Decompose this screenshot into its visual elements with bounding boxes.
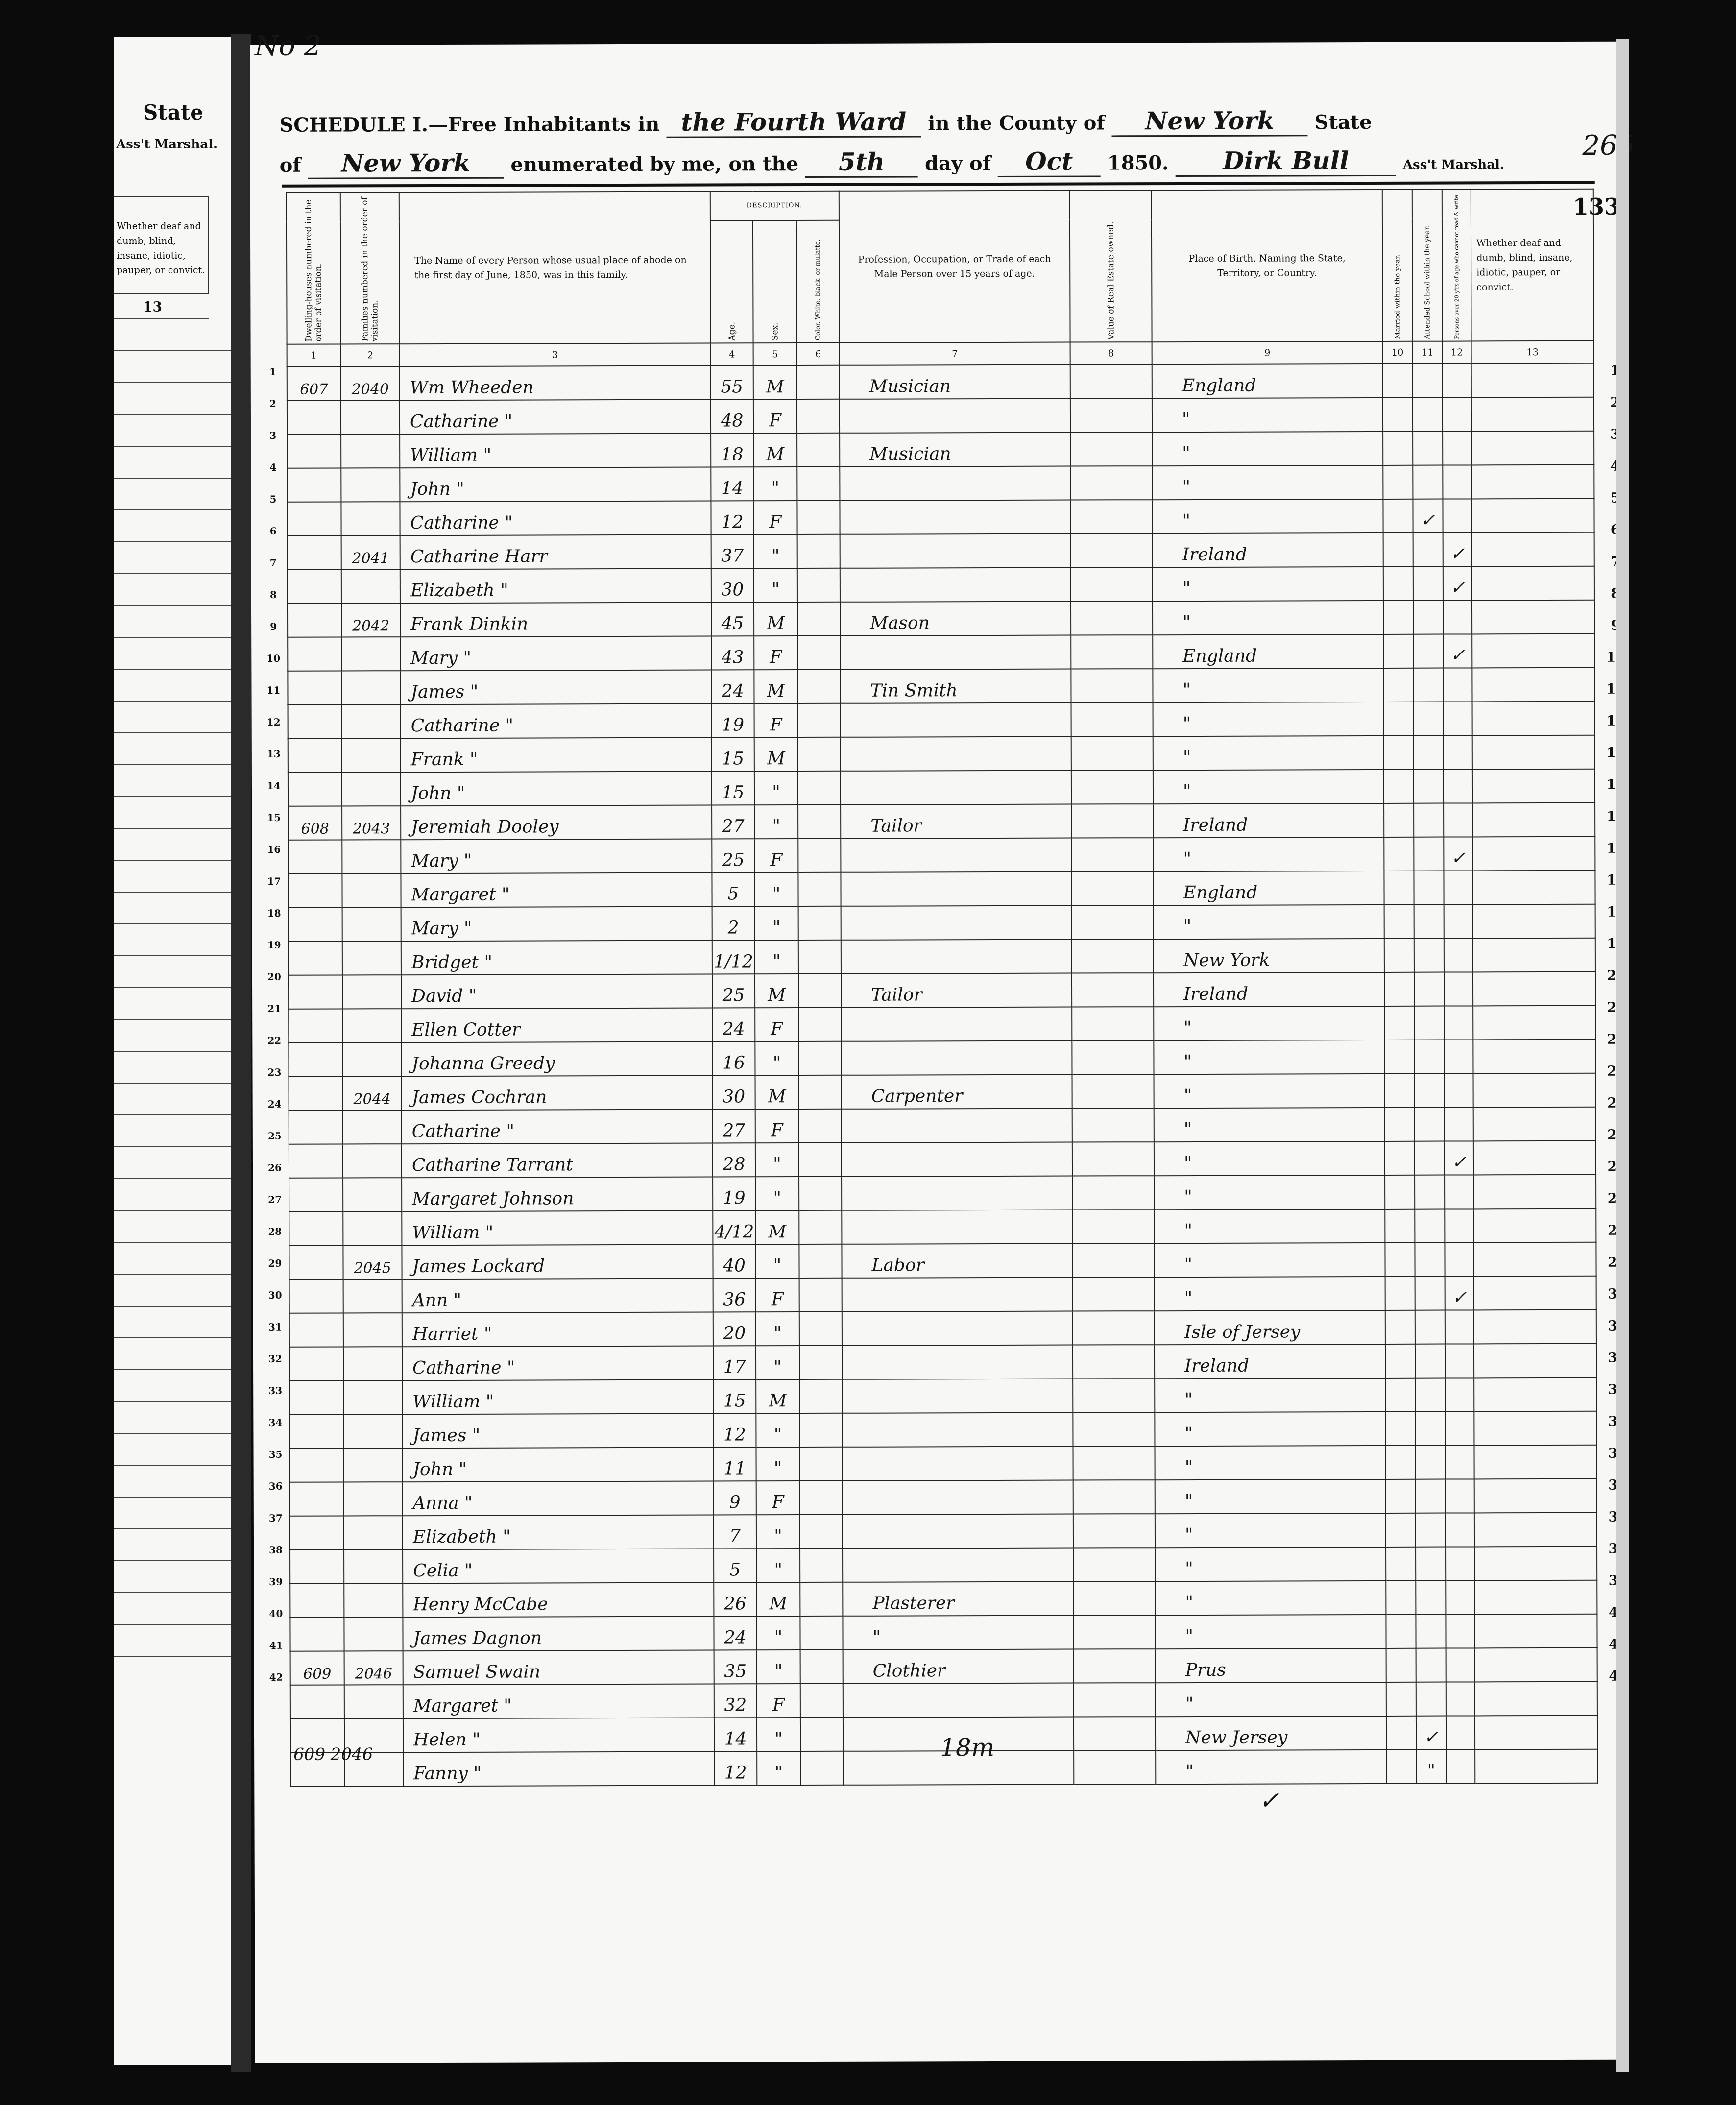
row-number-left: 23	[265, 1066, 284, 1078]
row-number-left: 31	[265, 1321, 285, 1333]
married-cell	[1385, 1209, 1415, 1243]
school-cell: "	[1416, 1750, 1446, 1784]
school-cell	[1414, 1006, 1444, 1040]
left-col13-header: Whether deaf and dumb, blind, insane, id…	[114, 196, 209, 294]
table-row: Catharine "12F"✓	[287, 499, 1594, 536]
illiterate-cell	[1445, 1107, 1473, 1141]
condition-cell	[1471, 397, 1594, 432]
left-strip-rule	[114, 446, 231, 447]
school-cell	[1414, 939, 1444, 972]
sex-cell: "	[753, 467, 797, 501]
name-cell: Mary "	[401, 907, 712, 942]
married-cell	[1385, 1074, 1415, 1108]
family-cell	[341, 400, 400, 434]
dwelling-cell	[289, 1212, 343, 1246]
age-cell: 12	[711, 501, 753, 534]
color-cell	[800, 1751, 843, 1785]
condition-cell	[1474, 1513, 1597, 1547]
real-estate-cell	[1073, 1548, 1155, 1581]
dwelling-cell	[288, 604, 341, 637]
age-cell: 25	[712, 839, 754, 872]
table-row: David "25MTailorIreland	[289, 972, 1595, 1009]
age-cell: 28	[713, 1143, 755, 1177]
name-cell: Catharine "	[400, 501, 711, 536]
name-cell: Margaret "	[401, 873, 712, 908]
married-cell	[1386, 1581, 1416, 1615]
age-cell: 43	[711, 636, 754, 670]
table-row: Elizabeth "30""✓	[288, 566, 1594, 604]
birthplace-cell: "	[1153, 770, 1384, 804]
occupation-cell	[840, 399, 1070, 433]
real-estate-cell	[1070, 500, 1152, 533]
row-number-left: 33	[265, 1385, 285, 1397]
occupation-cell: Musician	[840, 433, 1070, 467]
occupation-cell	[840, 466, 1070, 501]
age-cell: 37	[711, 534, 754, 568]
col-header-school: Attended School within the year.	[1412, 190, 1443, 341]
real-estate-cell	[1074, 1717, 1156, 1750]
condition-cell	[1472, 803, 1595, 837]
real-estate-cell	[1070, 398, 1152, 432]
name-cell: Bridget "	[401, 941, 712, 975]
school-cell	[1416, 1446, 1446, 1479]
illiterate-cell	[1445, 1175, 1473, 1209]
footer-tally-center: 18m	[940, 1733, 994, 1762]
birthplace-cell: New Jersey	[1156, 1716, 1386, 1750]
row-number-left: 37	[266, 1512, 286, 1524]
name-cell: John "	[401, 772, 712, 806]
sex-cell: F	[755, 1008, 798, 1041]
married-cell	[1385, 1277, 1415, 1310]
family-cell	[341, 468, 400, 502]
school-cell	[1416, 1615, 1446, 1648]
age-cell: 11	[713, 1447, 756, 1481]
name-cell: Fanny "	[403, 1752, 714, 1787]
color-cell	[799, 1346, 842, 1379]
birthplace-cell: "	[1156, 1750, 1386, 1784]
color-cell	[797, 399, 840, 433]
left-strip-rule	[114, 605, 231, 606]
family-cell: 2043	[342, 806, 401, 840]
color-cell	[799, 1312, 842, 1346]
color-cell	[798, 872, 841, 906]
illiterate-cell	[1446, 1614, 1474, 1648]
left-strip-rule	[114, 987, 231, 988]
condition-cell	[1473, 1242, 1596, 1277]
occupation-cell	[842, 1345, 1073, 1379]
row-number-left: 7	[264, 557, 283, 569]
real-estate-cell	[1073, 1581, 1155, 1615]
family-cell	[342, 738, 401, 772]
school-cell	[1415, 1175, 1445, 1209]
table-row: John "15""	[288, 769, 1595, 806]
married-cell	[1385, 1141, 1415, 1175]
sex-cell: "	[756, 1312, 799, 1346]
row-number-left: 30	[265, 1289, 285, 1301]
sex-cell: M	[753, 365, 797, 399]
row-number-left: 34	[265, 1417, 285, 1428]
color-cell	[799, 1278, 842, 1312]
sex-cell: "	[755, 1041, 798, 1075]
birthplace-cell: Ireland	[1153, 803, 1384, 838]
row-number-left: 5	[263, 493, 283, 505]
birthplace-cell: "	[1152, 465, 1383, 500]
dwelling-cell	[288, 739, 342, 773]
illiterate-cell	[1444, 702, 1472, 735]
col-num-5: 5	[753, 343, 797, 365]
name-cell: Johanna Greedy	[401, 1042, 712, 1077]
family-cell: 2040	[341, 366, 400, 400]
name-cell: Frank "	[401, 738, 712, 773]
color-cell	[797, 670, 840, 703]
left-strip-rule	[114, 414, 231, 415]
family-cell	[343, 1313, 402, 1347]
real-estate-cell	[1071, 770, 1153, 804]
real-estate-cell	[1072, 1108, 1154, 1142]
sex-cell: "	[755, 1143, 799, 1177]
illiterate-cell	[1443, 668, 1472, 702]
real-estate-cell	[1073, 1615, 1155, 1649]
real-estate-cell	[1072, 1142, 1154, 1176]
row-number-left: 1	[263, 366, 283, 378]
condition-cell	[1474, 1310, 1596, 1344]
ward-field: the Fourth Ward	[666, 107, 921, 138]
married-cell	[1385, 1344, 1415, 1378]
table-row: Margaret "5"England	[288, 871, 1595, 908]
family-cell	[341, 434, 400, 468]
row-number-left: 28	[265, 1226, 285, 1237]
color-cell	[798, 940, 841, 974]
school-cell	[1415, 1243, 1445, 1277]
school-cell	[1413, 364, 1443, 398]
birthplace-cell: "	[1153, 702, 1384, 736]
row-number-left: 3	[263, 430, 283, 441]
left-strip-rule	[114, 701, 231, 702]
left-strip-rule	[114, 892, 231, 893]
sex-cell: "	[754, 805, 798, 839]
real-estate-cell	[1072, 1040, 1154, 1074]
name-cell: James "	[402, 1414, 713, 1449]
age-cell: 15	[713, 1379, 756, 1413]
real-estate-cell	[1073, 1379, 1155, 1412]
condition-cell	[1474, 1614, 1597, 1648]
real-estate-cell	[1071, 635, 1153, 669]
married-cell	[1383, 465, 1413, 499]
illiterate-cell	[1443, 431, 1471, 465]
sex-cell: F	[753, 399, 797, 433]
binding-gutter	[231, 34, 251, 2072]
col-header-name: The Name of every Person whose usual pla…	[399, 192, 711, 344]
occupation-cell: "	[843, 1616, 1073, 1650]
married-cell	[1386, 1750, 1416, 1784]
col-header-married: Married within the year.	[1382, 190, 1413, 341]
birthplace-cell: "	[1156, 1682, 1386, 1717]
col-header-sex: Sex.	[753, 220, 797, 343]
real-estate-cell	[1071, 669, 1153, 702]
dwelling-cell	[287, 401, 341, 435]
color-cell	[799, 1413, 842, 1447]
birthplace-cell: "	[1153, 668, 1383, 702]
real-estate-cell	[1070, 466, 1152, 500]
color-cell	[800, 1582, 843, 1616]
sex-cell: F	[754, 703, 798, 737]
real-estate-cell	[1071, 804, 1153, 838]
name-cell: Frank Dinkin	[400, 603, 711, 637]
school-cell	[1416, 1581, 1446, 1615]
left-strip-rule	[114, 764, 231, 765]
row-number-left: 17	[264, 875, 284, 887]
family-cell: 2045	[343, 1245, 402, 1279]
sex-cell: "	[756, 1447, 799, 1481]
dwelling-cell	[288, 705, 342, 739]
school-cell	[1413, 398, 1443, 432]
occupation-cell	[843, 1447, 1073, 1481]
illiterate-cell	[1446, 1749, 1475, 1783]
row-number-left: 39	[266, 1576, 286, 1588]
table-row: Ellen Cotter24F"	[289, 1006, 1595, 1043]
age-cell: 14	[714, 1718, 757, 1751]
name-cell: Harriet "	[402, 1312, 713, 1347]
sex-cell: "	[754, 872, 798, 906]
row-number-left: 13	[264, 748, 284, 760]
color-cell	[798, 771, 841, 805]
table-row: Elizabeth "7""	[290, 1513, 1597, 1550]
family-cell	[344, 1549, 403, 1583]
real-estate-cell	[1070, 432, 1152, 466]
left-strip-rule	[114, 1083, 231, 1084]
condition-cell	[1473, 1107, 1596, 1141]
age-cell: 19	[713, 1177, 755, 1210]
day-value: 5th	[839, 147, 885, 176]
occupation-cell	[843, 1683, 1074, 1718]
left-strip-rule	[114, 1369, 231, 1370]
condition-cell	[1471, 465, 1594, 499]
dwelling-cell	[289, 1313, 343, 1347]
color-cell	[797, 433, 840, 467]
school-cell	[1413, 668, 1443, 702]
col-num-11: 11	[1413, 341, 1443, 364]
dwelling-cell	[289, 908, 342, 942]
name-cell: John "	[402, 1448, 713, 1482]
birthplace-cell: England	[1153, 634, 1383, 669]
school-cell	[1415, 1412, 1445, 1446]
table-row: Ann "36F"✓	[289, 1276, 1596, 1313]
real-estate-cell	[1072, 1243, 1154, 1277]
table-row: John "14""	[287, 465, 1594, 502]
table-row: Bridget "1/12"New York	[289, 938, 1595, 975]
left-strip-rule	[114, 573, 231, 574]
left-strip-rule	[114, 828, 231, 829]
age-cell: 5	[714, 1549, 756, 1582]
occupation-cell	[841, 771, 1071, 805]
dwelling-cell	[289, 1415, 343, 1449]
married-cell	[1384, 702, 1414, 736]
sex-cell: "	[756, 1616, 800, 1650]
age-cell: 15	[712, 737, 754, 771]
family-cell	[343, 1279, 402, 1313]
married-cell	[1383, 533, 1413, 567]
family-cell	[342, 840, 401, 873]
right-row-numbers: 1234567891011121314151617181920212223242…	[250, 42, 1621, 45]
married-cell	[1383, 499, 1413, 533]
family-cell	[341, 671, 400, 704]
sex-cell: M	[754, 670, 797, 703]
family-cell: 2044	[343, 1076, 402, 1110]
color-cell	[798, 703, 841, 737]
school-cell	[1414, 702, 1444, 736]
married-cell	[1384, 770, 1414, 803]
color-cell	[798, 906, 841, 940]
name-cell: Henry McCabe	[403, 1583, 714, 1618]
age-cell: 20	[713, 1312, 756, 1346]
name-cell: James "	[400, 670, 711, 705]
married-cell	[1386, 1446, 1416, 1479]
col-header-real-estate: Value of Real Estate owned.	[1070, 190, 1152, 342]
married-cell	[1385, 1378, 1415, 1412]
table-row: William "15M"	[289, 1378, 1596, 1415]
name-cell: Margaret "	[403, 1684, 714, 1719]
age-cell: 26	[714, 1582, 756, 1616]
dwelling-cell: 607	[287, 367, 341, 401]
left-strip-rule	[114, 1433, 231, 1434]
left-strip-rule	[114, 1592, 231, 1593]
condition-cell	[1472, 532, 1594, 567]
birthplace-cell: "	[1154, 1243, 1385, 1277]
real-estate-cell	[1074, 1649, 1156, 1683]
row-number-left: 12	[264, 716, 284, 728]
family-cell	[344, 1516, 403, 1549]
age-cell: 4/12	[713, 1210, 755, 1244]
family-cell	[342, 975, 401, 1009]
color-cell	[800, 1481, 843, 1515]
sex-cell: F	[757, 1684, 800, 1718]
left-strip-rule	[114, 541, 231, 542]
occupation-cell	[842, 1278, 1073, 1312]
occupation-cell	[842, 1413, 1073, 1447]
marshal-field: Dirk Bull	[1176, 146, 1396, 177]
col-num-10: 10	[1383, 341, 1413, 364]
col-header-condition: Whether deaf and dumb, blind, insane, id…	[1471, 189, 1594, 341]
family-cell	[344, 1583, 403, 1617]
table-row: Anna "9F"	[290, 1479, 1597, 1516]
sex-cell: M	[754, 602, 797, 636]
age-cell: 30	[713, 1075, 755, 1109]
condition-cell	[1471, 499, 1594, 533]
married-cell	[1386, 1547, 1416, 1581]
name-cell: Catharine "	[402, 1110, 713, 1144]
birthplace-cell: "	[1154, 1006, 1384, 1040]
birthplace-cell: "	[1152, 432, 1383, 466]
row-number-left: 2	[263, 398, 283, 410]
row-number-left: 18	[265, 907, 284, 919]
dwelling-cell	[288, 840, 342, 874]
dwelling-cell	[288, 671, 341, 705]
left-state-label: State	[143, 100, 203, 124]
illiterate-cell	[1444, 871, 1472, 904]
married-cell	[1385, 1175, 1415, 1209]
condition-cell	[1473, 938, 1595, 972]
sex-cell: F	[753, 501, 797, 534]
color-cell	[798, 839, 841, 872]
dwelling-cell	[290, 1449, 344, 1482]
real-estate-cell	[1073, 1514, 1155, 1548]
family-cell	[341, 502, 400, 535]
age-cell: 55	[711, 365, 753, 399]
illiterate-cell	[1444, 735, 1472, 769]
occupation-cell: Tailor	[841, 804, 1071, 839]
sex-cell: M	[756, 1582, 800, 1616]
family-cell	[343, 1347, 402, 1380]
married-cell	[1384, 837, 1414, 871]
school-cell	[1413, 601, 1443, 634]
occupation-cell	[842, 1210, 1072, 1244]
married-cell	[1383, 398, 1413, 432]
birthplace-cell: "	[1155, 1378, 1385, 1412]
name-cell: Elizabeth "	[403, 1515, 714, 1550]
footer-tally-left: 609 2046	[293, 1744, 373, 1764]
left-strip-rule	[114, 478, 231, 479]
sex-cell: "	[756, 1549, 800, 1582]
family-cell	[342, 907, 401, 941]
row-number-left: 22	[265, 1035, 284, 1046]
dwelling-cell	[290, 1584, 344, 1618]
sex-cell: F	[756, 1481, 800, 1515]
census-rows: 6072040Wm Wheeden55MMusicianEnglandCatha…	[287, 363, 1598, 1787]
condition-cell	[1474, 1445, 1597, 1479]
col-num-1: 1	[287, 344, 341, 367]
name-cell: James Dagnon	[403, 1617, 714, 1651]
illiterate-cell	[1443, 499, 1471, 532]
occupation-cell: Labor	[842, 1244, 1072, 1278]
row-number-left: 36	[266, 1480, 286, 1492]
row-number-left: 4	[263, 461, 283, 473]
married-cell	[1386, 1682, 1416, 1716]
real-estate-cell	[1072, 1074, 1154, 1108]
left-strip-rule	[114, 1210, 231, 1211]
age-cell: 14	[711, 467, 753, 501]
condition-cell	[1475, 1716, 1597, 1750]
school-cell	[1414, 736, 1444, 770]
birthplace-cell: "	[1155, 1513, 1386, 1548]
sex-cell: F	[754, 839, 798, 872]
row-number-left: 25	[265, 1130, 285, 1142]
condition-cell	[1472, 702, 1595, 736]
occupation-cell: Tailor	[841, 973, 1072, 1008]
col-header-occupation: Profession, Occupation, or Trade of each…	[839, 191, 1070, 343]
sex-cell: "	[755, 940, 798, 974]
school-cell	[1416, 1513, 1446, 1547]
row-number-left: 10	[264, 653, 283, 664]
table-row: Catharine "17"Ireland	[289, 1344, 1596, 1381]
sex-cell: "	[754, 534, 797, 568]
table-row: 6092046Samuel Swain35"ClothierPrus	[290, 1648, 1597, 1685]
birthplace-cell: Ireland	[1154, 972, 1384, 1007]
birthplace-cell: New York	[1154, 939, 1384, 973]
dwelling-cell: 608	[288, 806, 342, 840]
married-cell	[1384, 803, 1414, 837]
age-cell: 24	[711, 670, 754, 703]
dwelling-cell	[289, 1246, 343, 1280]
name-cell: Elizabeth "	[400, 569, 711, 604]
col-num-12: 12	[1443, 341, 1471, 363]
married-cell	[1386, 1513, 1416, 1547]
color-cell	[798, 1008, 841, 1041]
sex-cell: "	[756, 1515, 800, 1549]
table-row: 2045James Lockard40"Labor"	[289, 1242, 1596, 1280]
illiterate-cell	[1446, 1479, 1474, 1513]
family-cell	[343, 1414, 402, 1448]
family-cell	[343, 1448, 402, 1482]
